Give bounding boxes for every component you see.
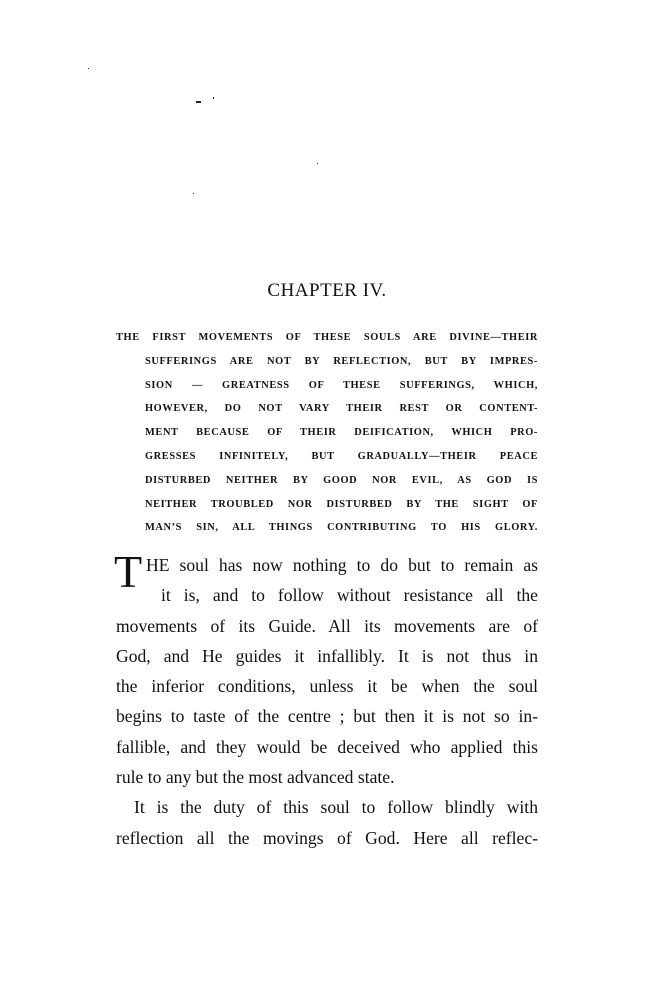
body-line: movements of its Guide. All its movement…	[116, 611, 538, 641]
summary-line: MENT BECAUSE OF THEIR DEIFICATION, WHICH…	[145, 421, 538, 445]
scan-speck	[88, 68, 89, 69]
summary-line: NEITHER TROUBLED NOR DISTURBED BY THE SI…	[145, 493, 538, 517]
scan-speck	[317, 163, 318, 164]
body-line: it is, and to follow without resistance …	[116, 580, 538, 610]
summary-line: DISTURBED NEITHER BY GOOD NOR EVIL, AS G…	[145, 469, 538, 493]
chapter-summary: THE FIRST MOVEMENTS OF THESE SOULS ARE D…	[116, 326, 538, 540]
summary-line: THE FIRST MOVEMENTS OF THESE SOULS ARE D…	[116, 326, 538, 350]
body-line: reflection all the movings of God. Here …	[116, 823, 538, 853]
body-line: HE soul has now nothing to do but to rem…	[116, 550, 538, 580]
summary-line: MAN’S SIN, ALL THINGS CONTRIBUTING TO HI…	[145, 516, 538, 540]
scan-speck	[196, 101, 201, 103]
body-line: God, and He guides it infallibly. It is …	[116, 641, 538, 671]
summary-line: HOWEVER, DO NOT VARY THEIR REST OR CONTE…	[145, 397, 538, 421]
body-line: rule to any but the most advanced state.	[116, 762, 538, 792]
scan-speck	[193, 193, 194, 194]
summary-line: SION — GREATNESS OF THESE SUFFERINGS, WH…	[145, 374, 538, 398]
drop-cap: T	[114, 552, 142, 592]
body-text: T HE soul has now nothing to do but to r…	[116, 550, 538, 853]
summary-line: GRESSES INFINITELY, BUT GRADUALLY—THEIR …	[145, 445, 538, 469]
body-line: the inferior conditions, unless it be wh…	[116, 671, 538, 701]
summary-line: SUFFERINGS ARE NOT BY REFLECTION, BUT BY…	[145, 350, 538, 374]
body-line: fallible, and they would be deceived who…	[116, 732, 538, 762]
body-line: It is the duty of this soul to follow bl…	[116, 792, 538, 822]
scan-speck	[213, 97, 214, 99]
body-line: begins to taste of the centre ; but then…	[116, 701, 538, 731]
chapter-title: CHAPTER IV.	[0, 280, 654, 302]
